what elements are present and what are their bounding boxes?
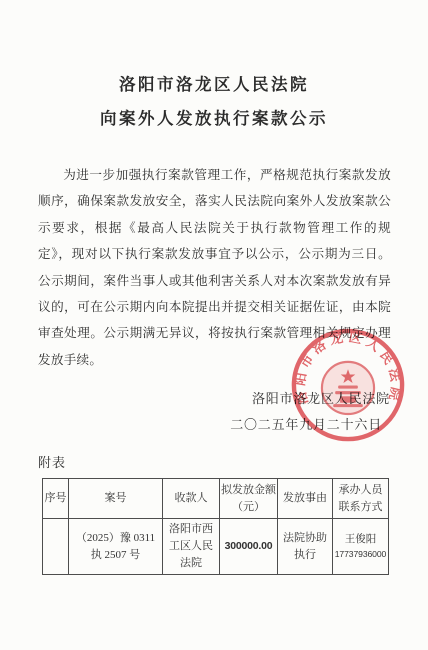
attachment-label: 附表 <box>38 452 428 471</box>
table-header-row: 序号 案号 收款人 拟发放金额（元） 发放事由 承办人员联系方式 <box>43 479 389 519</box>
cell-case-number: （2025）豫 0311 执 2507 号 <box>69 519 163 575</box>
handler-name: 王俊阳 <box>334 532 387 548</box>
table-row: （2025）豫 0311 执 2507 号 洛阳市西工区人民法院 300000.… <box>43 519 389 575</box>
title-block: 洛阳市洛龙区人民法院 向案外人发放执行案款公示 <box>0 0 428 136</box>
court-title: 洛阳市洛龙区人民法院 <box>0 68 428 102</box>
notice-title: 向案外人发放执行案款公示 <box>0 102 428 136</box>
scanned-notice-page: 洛阳市洛龙区人民法院 向案外人发放执行案款公示 为进一步加强执行案款管理工作，严… <box>0 0 428 650</box>
signature-date: 二〇二五年九月二十六日 <box>0 412 428 438</box>
column-header-payee: 收款人 <box>163 479 220 519</box>
amount-value: 300000.00 <box>225 540 273 552</box>
announcement-table: 序号 案号 收款人 拟发放金额（元） 发放事由 承办人员联系方式 （2025）豫… <box>42 478 389 575</box>
column-header-seq: 序号 <box>43 479 69 519</box>
column-header-reason: 发放事由 <box>278 479 333 519</box>
body-paragraph: 为进一步加强执行案款管理工作，严格规范执行案款发放顺序，确保案款发放安全，落实人… <box>38 162 391 373</box>
cell-amount: 300000.00 <box>220 519 278 575</box>
column-header-amount: 拟发放金额（元） <box>220 479 278 519</box>
signature-block: 洛阳市洛龙区人民法院 二〇二五年九月二十六日 <box>0 386 428 438</box>
signature-court-name: 洛阳市洛龙区人民法院 <box>0 386 428 412</box>
column-header-handler-contact: 承办人员联系方式 <box>333 479 389 519</box>
cell-reason: 法院协助执行 <box>278 519 333 575</box>
column-header-case-number: 案号 <box>69 479 163 519</box>
handler-phone: 17737936000 <box>334 548 387 561</box>
cell-handler-contact: 王俊阳 17737936000 <box>333 519 389 575</box>
cell-seq <box>43 519 69 575</box>
cell-payee: 洛阳市西工区人民法院 <box>163 519 220 575</box>
